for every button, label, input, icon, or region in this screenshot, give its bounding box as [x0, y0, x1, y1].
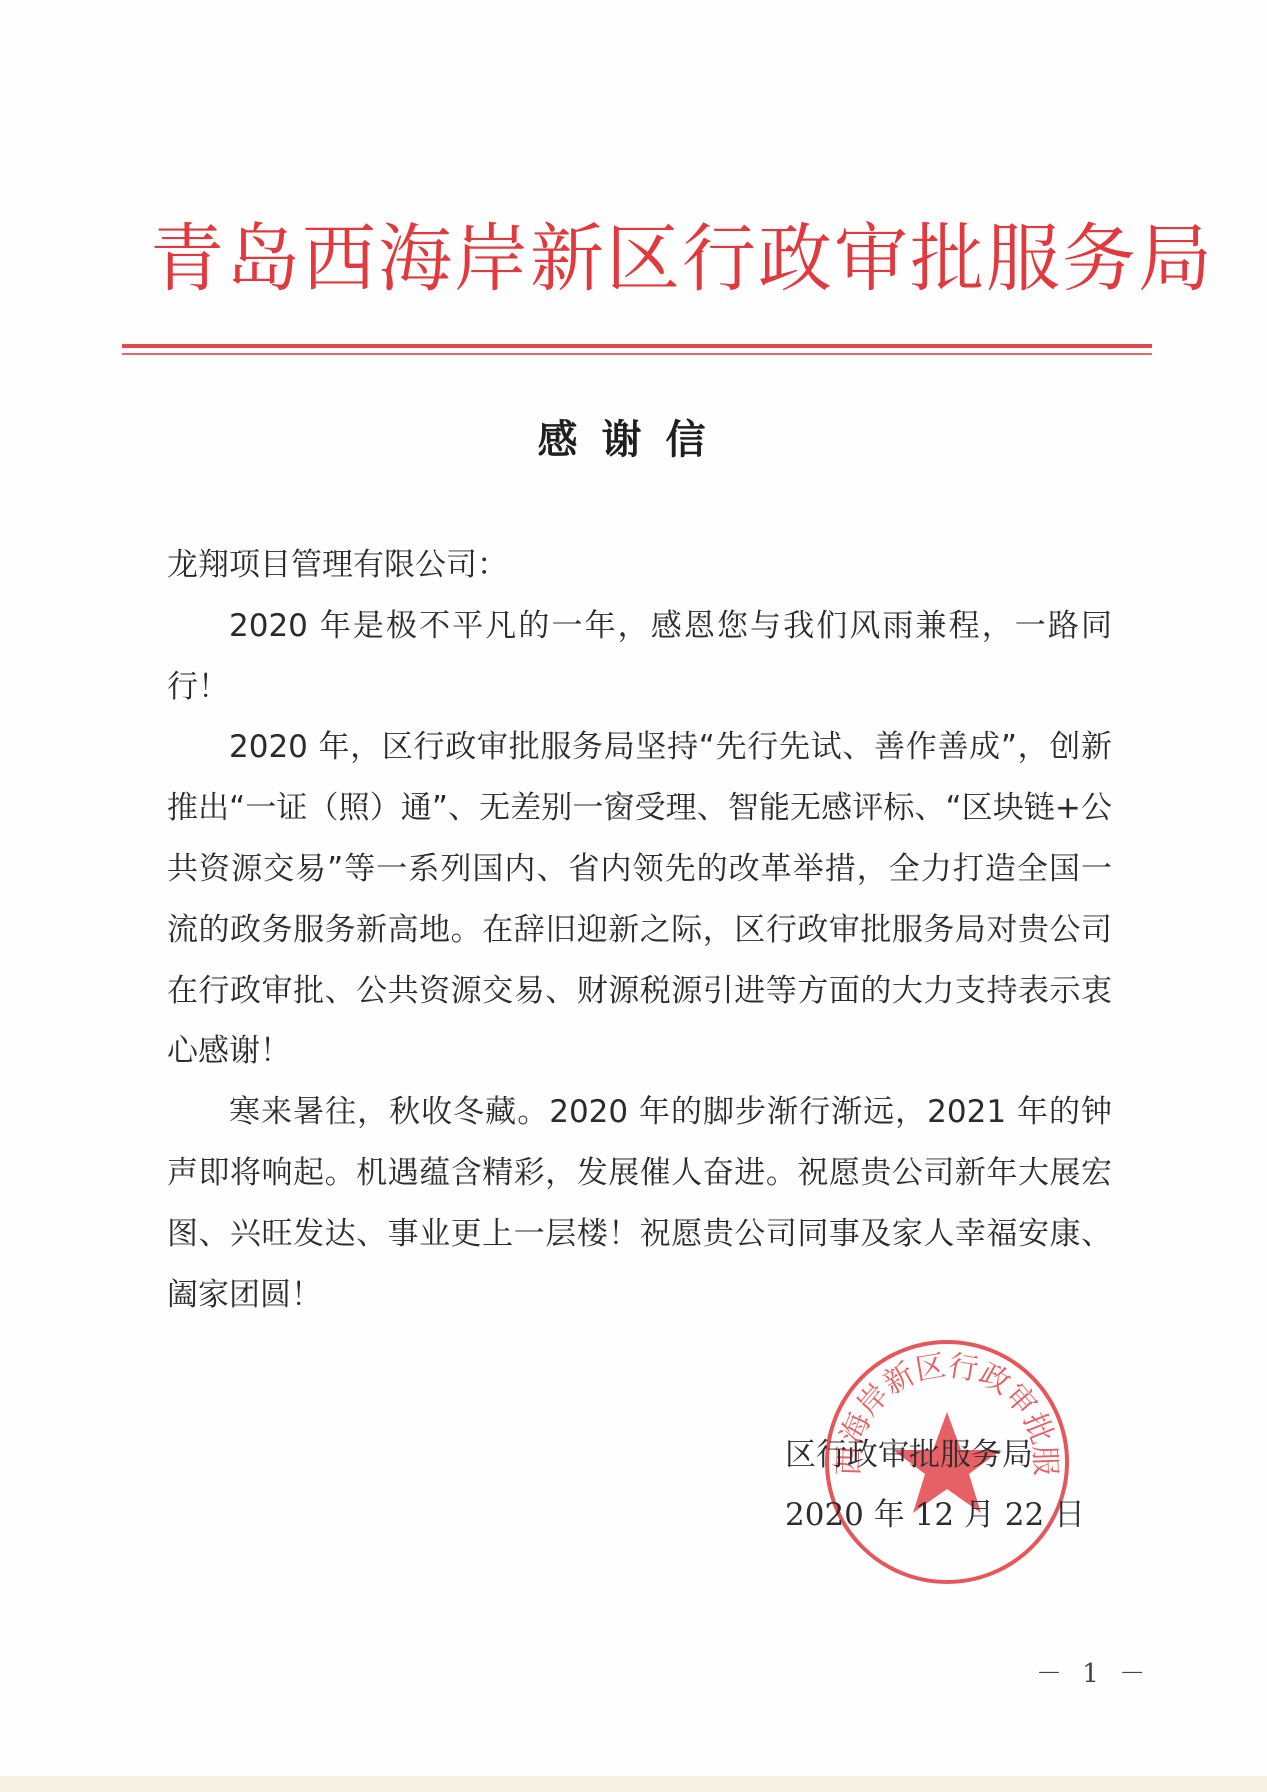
- signature-date: 2020 年 12 月 22 日: [785, 1485, 1085, 1545]
- letterhead-rule-thin: [122, 353, 1152, 355]
- salutation: 龙翔项目管理有限公司：: [167, 535, 1112, 596]
- paragraph-3: 寒来暑往，秋收冬藏。2020 年的脚步渐行渐远，2021 年的钟声即将响起。机遇…: [167, 1082, 1112, 1325]
- document-title: 感谢信: [0, 408, 1267, 465]
- letterhead-rule-thick: [122, 344, 1152, 348]
- letter-page: 青岛西海岸新区行政审批服务局 感谢信 龙翔项目管理有限公司： 2020 年是极不…: [0, 0, 1267, 1792]
- letterhead-org-name: 青岛西海岸新区行政审批服务局: [150, 222, 1110, 296]
- letter-body: 龙翔项目管理有限公司： 2020 年是极不平凡的一年，感恩您与我们风雨兼程，一路…: [167, 535, 1112, 1325]
- signature-issuer: 区行政审批服务局: [785, 1425, 1085, 1485]
- scan-edge-strip: [0, 1776, 1267, 1792]
- paragraph-1: 2020 年是极不平凡的一年，感恩您与我们风雨兼程，一路同行！: [167, 596, 1112, 718]
- paragraph-2: 2020 年，区行政审批服务局坚持“先行先试、善作善成”，创新推出“一证（照）通…: [167, 717, 1112, 1082]
- signature-block: 区行政审批服务局 2020 年 12 月 22 日: [785, 1425, 1085, 1545]
- page-number: － 1 －: [1036, 1653, 1151, 1690]
